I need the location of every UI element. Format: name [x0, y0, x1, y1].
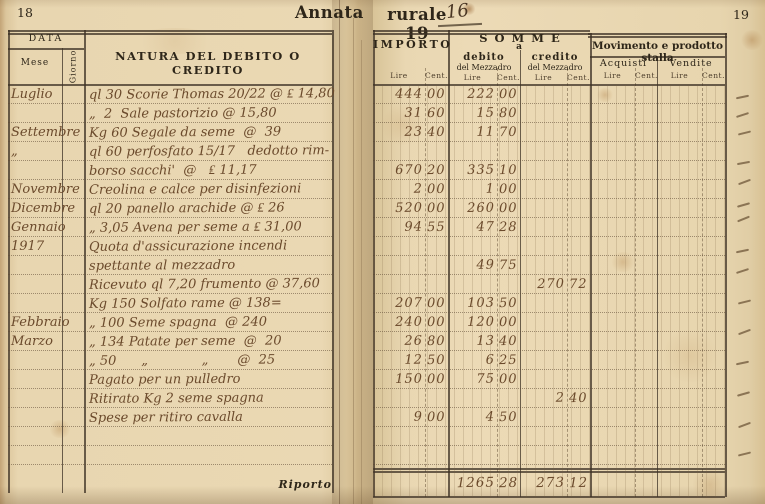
- credito-cent-cell: [569, 370, 589, 389]
- month-cell: [11, 446, 63, 465]
- credito-lire-cell: [518, 237, 565, 257]
- day-cell: [63, 351, 83, 370]
- credito-cent-cell: [569, 199, 589, 218]
- debito-cent-cell: 40: [499, 332, 519, 351]
- debito-lire-cell: [446, 275, 495, 295]
- importo-cent-cell: 00: [427, 85, 447, 104]
- debito-lire-cell: 335: [446, 161, 495, 181]
- description-cell: Kg 150 Solfato rame @ 138=: [89, 293, 331, 314]
- month-cell: Luglio: [11, 85, 63, 104]
- credito-cent-cell: [569, 123, 589, 142]
- description-cell: „ 3,05 Avena per seme a ₤ 31,00: [89, 217, 331, 238]
- debito-lire-cell: 11: [446, 123, 495, 143]
- debito-lire-cell: 120: [446, 313, 495, 333]
- importo-cent-cell: 20: [427, 161, 447, 180]
- total-debito-lire: 1265: [444, 475, 495, 492]
- month-cell: Marzo: [11, 332, 63, 351]
- debito-cent-cell: [499, 389, 519, 408]
- day-cell: [63, 332, 83, 351]
- debito-lire-cell: 49: [446, 256, 495, 276]
- credito-lire-cell: [518, 180, 565, 200]
- description-cell: [89, 445, 331, 466]
- importo-cent-cell: [427, 237, 447, 256]
- credito-lire-cell: [518, 446, 565, 466]
- ledger-row: Kg 150 Solfato rame @ 138= 207 00 103 50: [0, 294, 765, 313]
- credito-cent-cell: [569, 446, 589, 465]
- debito-cent-cell: 80: [499, 104, 519, 123]
- ledger-row: „ ql 60 perfosfato 15/17 dedotto rim-: [0, 142, 765, 161]
- month-cell: [11, 275, 63, 294]
- importo-cent-cell: 00: [427, 370, 447, 389]
- day-cell: [63, 180, 83, 199]
- credito-cent-cell: [569, 218, 589, 237]
- importo-lire-cell: [371, 237, 423, 257]
- day-cell: [63, 123, 83, 142]
- debito-lire-cell: 222: [446, 85, 495, 105]
- credito-cent-cell: [569, 237, 589, 256]
- ledger-row: „ 50 „ „ @ 25 12 50 6 25: [0, 351, 765, 370]
- credito-lire-cell: [518, 256, 565, 276]
- description-cell: ql 60 perfosfato 15/17 dedotto rim-: [89, 141, 331, 162]
- importo-cent-cell: 60: [427, 104, 447, 123]
- day-cell: [63, 218, 83, 237]
- debito-lire-cell: [446, 427, 495, 447]
- day-cell: [63, 104, 83, 123]
- credito-cent-cell: [569, 161, 589, 180]
- credito-lire-cell: [518, 294, 565, 314]
- description-cell: ql 20 panello arachide @ ₤ 26: [89, 198, 331, 219]
- day-cell: [63, 142, 83, 161]
- row-rule-left: [8, 464, 332, 465]
- importo-cent-cell: 00: [427, 313, 447, 332]
- ledger-row: Novembre Creolina e calce per disinfezio…: [0, 180, 765, 199]
- day-cell: [63, 446, 83, 465]
- credito-lire-cell: [518, 332, 565, 352]
- ledger-row: Febbraio „ 100 Seme spagna @ 240 240 00 …: [0, 313, 765, 332]
- importo-lire-cell: [371, 275, 423, 295]
- month-cell: [11, 389, 63, 408]
- credito-lire-cell: [518, 199, 565, 219]
- debito-lire-cell: 47: [446, 218, 495, 238]
- debito-cent-cell: 28: [499, 218, 519, 237]
- debito-cent-cell: [499, 275, 519, 294]
- description-cell: Ritirato Kg 2 seme spagna: [89, 388, 331, 409]
- credito-lire-cell: [518, 123, 565, 143]
- description-cell: Ricevuto ql 7,20 frumento @ 37,60: [89, 274, 331, 295]
- credito-lire-cell: [518, 104, 565, 124]
- credito-lire-cell: [518, 161, 565, 181]
- debito-cent-cell: 50: [499, 408, 519, 427]
- importo-lire-cell: [371, 427, 423, 447]
- importo-lire-cell: 26: [371, 332, 423, 352]
- debito-lire-cell: 4: [446, 408, 495, 428]
- debito-cent-cell: 00: [499, 370, 519, 389]
- month-cell: Gennaio: [11, 218, 63, 237]
- credito-cent-cell: [569, 332, 589, 351]
- importo-cent-cell: 00: [427, 294, 447, 313]
- description-cell: Quota d'assicurazione incendi: [89, 236, 331, 257]
- description-cell: ql 30 Scorie Thomas 20/22 @ ₤ 14,80: [89, 84, 331, 105]
- importo-lire-cell: 520: [371, 199, 423, 219]
- importo-lire-cell: [371, 389, 423, 409]
- day-cell: [63, 161, 83, 180]
- credito-lire-cell: [518, 85, 565, 105]
- ledger-book-spread: 18 Annata rurale 19 16 19 DATA Mese Gior…: [0, 0, 765, 504]
- importo-lire-cell: 444: [371, 85, 423, 105]
- description-cell: „ 2 Sale pastorizio @ 15,80: [89, 103, 331, 124]
- day-cell: [63, 237, 83, 256]
- credito-lire-cell: [518, 427, 565, 447]
- importo-cent-cell: 80: [427, 332, 447, 351]
- ledger-row: Marzo „ 134 Patate per seme @ 20 26 80 1…: [0, 332, 765, 351]
- day-cell: [63, 370, 83, 389]
- ledger-row: [0, 446, 765, 465]
- day-cell: [63, 256, 83, 275]
- ledger-row: Settembre Kg 60 Segale da seme @ 39 23 4…: [0, 123, 765, 142]
- importo-cent-cell: [427, 142, 447, 161]
- ledger-row: Ritirato Kg 2 seme spagna 2 40: [0, 389, 765, 408]
- importo-lire-cell: 670: [371, 161, 423, 181]
- description-cell: spettante al mezzadro: [89, 255, 331, 276]
- day-cell: [63, 313, 83, 332]
- month-cell: Settembre: [11, 123, 63, 142]
- importo-lire-cell: 23: [371, 123, 423, 143]
- month-cell: [11, 408, 63, 427]
- description-cell: borso sacchi' @ ₤ 11,17: [89, 160, 331, 181]
- ledger-row: Dicembre ql 20 panello arachide @ ₤ 26 5…: [0, 199, 765, 218]
- description-cell: Kg 60 Segale da seme @ 39: [89, 122, 331, 143]
- debito-lire-cell: 1: [446, 180, 495, 200]
- credito-lire-cell: [518, 408, 565, 428]
- credito-cent-cell: [569, 408, 589, 427]
- credito-cent-cell: [569, 180, 589, 199]
- importo-cent-cell: 00: [427, 408, 447, 427]
- debito-cent-cell: 70: [499, 123, 519, 142]
- month-cell: [11, 351, 63, 370]
- month-cell: [11, 104, 63, 123]
- credito-lire-cell: 270: [518, 275, 565, 295]
- month-cell: Febbraio: [11, 313, 63, 332]
- credito-cent-cell: [569, 142, 589, 161]
- total-credito-cent: 12: [569, 475, 591, 491]
- credito-cent-cell: [569, 351, 589, 370]
- description-cell: Spese per ritiro cavalla: [89, 407, 331, 428]
- debito-cent-cell: 75: [499, 256, 519, 275]
- importo-lire-cell: 31: [371, 104, 423, 124]
- debito-cent-cell: 00: [499, 85, 519, 104]
- day-cell: [63, 389, 83, 408]
- credito-cent-cell: 72: [569, 275, 589, 294]
- debito-cent-cell: 00: [499, 313, 519, 332]
- importo-cent-cell: 55: [427, 218, 447, 237]
- importo-lire-cell: [371, 256, 423, 276]
- debito-cent-cell: 00: [499, 180, 519, 199]
- importo-cent-cell: 00: [427, 180, 447, 199]
- riporto-label: Riporto: [240, 478, 332, 491]
- month-cell: Novembre: [11, 180, 63, 199]
- month-cell: [11, 370, 63, 389]
- importo-cent-cell: [427, 256, 447, 275]
- importo-cent-cell: 50: [427, 351, 447, 370]
- total-credito-lire: 273: [518, 475, 565, 492]
- importo-lire-cell: 240: [371, 313, 423, 333]
- credito-cent-cell: 40: [569, 389, 589, 408]
- ledger-row: Gennaio „ 3,05 Avena per seme a ₤ 31,00 …: [0, 218, 765, 237]
- debito-lire-cell: 15: [446, 104, 495, 124]
- debito-lire-cell: [446, 389, 495, 409]
- ledger-row: „ 2 Sale pastorizio @ 15,80 31 60 15 80: [0, 104, 765, 123]
- description-cell: „ 134 Patate per seme @ 20: [89, 331, 331, 352]
- ledger-row: spettante al mezzadro 49 75: [0, 256, 765, 275]
- credito-lire-cell: [518, 142, 565, 162]
- debito-cent-cell: 25: [499, 351, 519, 370]
- debito-lire-cell: 13: [446, 332, 495, 352]
- importo-cent-cell: [427, 427, 447, 446]
- day-cell: [63, 275, 83, 294]
- credito-cent-cell: [569, 313, 589, 332]
- debito-cent-cell: 10: [499, 161, 519, 180]
- month-cell: Dicembre: [11, 199, 63, 218]
- importo-lire-cell: 2: [371, 180, 423, 200]
- credito-cent-cell: [569, 104, 589, 123]
- credito-lire-cell: [518, 370, 565, 390]
- importo-lire-cell: [371, 142, 423, 162]
- credito-lire-cell: [518, 218, 565, 238]
- debito-cent-cell: 50: [499, 294, 519, 313]
- debito-cent-cell: [499, 446, 519, 465]
- ledger-row: Luglio ql 30 Scorie Thomas 20/22 @ ₤ 14,…: [0, 85, 765, 104]
- ledger-row: borso sacchi' @ ₤ 11,17 670 20 335 10: [0, 161, 765, 180]
- debito-cent-cell: [499, 427, 519, 446]
- importo-cent-cell: 00: [427, 199, 447, 218]
- debito-lire-cell: [446, 237, 495, 257]
- importo-lire-cell: 9: [371, 408, 423, 428]
- debito-lire-cell: 6: [446, 351, 495, 371]
- ledger-row: Spese per ritiro cavalla 9 00 4 50: [0, 408, 765, 427]
- day-cell: [63, 85, 83, 104]
- credito-cent-cell: [569, 85, 589, 104]
- description-cell: „ 50 „ „ @ 25: [89, 350, 331, 371]
- importo-cent-cell: [427, 389, 447, 408]
- ledger-row: [0, 427, 765, 446]
- month-cell: „: [11, 142, 63, 161]
- importo-lire-cell: 12: [371, 351, 423, 371]
- importo-lire-cell: [371, 446, 423, 466]
- credito-cent-cell: [569, 294, 589, 313]
- month-cell: [11, 161, 63, 180]
- month-cell: [11, 427, 63, 446]
- debito-cent-cell: 00: [499, 199, 519, 218]
- importo-lire-cell: 207: [371, 294, 423, 314]
- credito-cent-cell: [569, 256, 589, 275]
- day-cell: [63, 427, 83, 446]
- debito-lire-cell: 103: [446, 294, 495, 314]
- ledger-row: Pagato per un pulledro 150 00 75 00: [0, 370, 765, 389]
- ledger-row: 1917 Quota d'assicurazione incendi: [0, 237, 765, 256]
- row-rule-right: [373, 464, 725, 465]
- debito-cent-cell: [499, 142, 519, 161]
- debito-lire-cell: 75: [446, 370, 495, 390]
- debito-lire-cell: 260: [446, 199, 495, 219]
- debito-cent-cell: [499, 237, 519, 256]
- importo-lire-cell: 150: [371, 370, 423, 390]
- credito-lire-cell: [518, 351, 565, 371]
- ledger-row: Ricevuto ql 7,20 frumento @ 37,60 270 72: [0, 275, 765, 294]
- credito-lire-cell: [518, 313, 565, 333]
- month-cell: [11, 256, 63, 275]
- day-cell: [63, 408, 83, 427]
- description-cell: „ 100 Seme spagna @ 240: [89, 312, 331, 333]
- importo-lire-cell: 94: [371, 218, 423, 238]
- credito-cent-cell: [569, 427, 589, 446]
- importo-cent-cell: [427, 275, 447, 294]
- ledger-rows: Luglio ql 30 Scorie Thomas 20/22 @ ₤ 14,…: [0, 0, 765, 504]
- description-cell: Pagato per un pulledro: [89, 369, 331, 390]
- debito-lire-cell: [446, 142, 495, 162]
- month-cell: 1917: [11, 237, 63, 256]
- month-cell: [11, 294, 63, 313]
- description-cell: [89, 426, 331, 447]
- description-cell: Creolina e calce per disinfezioni: [89, 179, 331, 200]
- importo-cent-cell: [427, 446, 447, 465]
- importo-cent-cell: 40: [427, 123, 447, 142]
- day-cell: [63, 199, 83, 218]
- credito-lire-cell: 2: [518, 389, 565, 409]
- day-cell: [63, 294, 83, 313]
- debito-lire-cell: [446, 446, 495, 466]
